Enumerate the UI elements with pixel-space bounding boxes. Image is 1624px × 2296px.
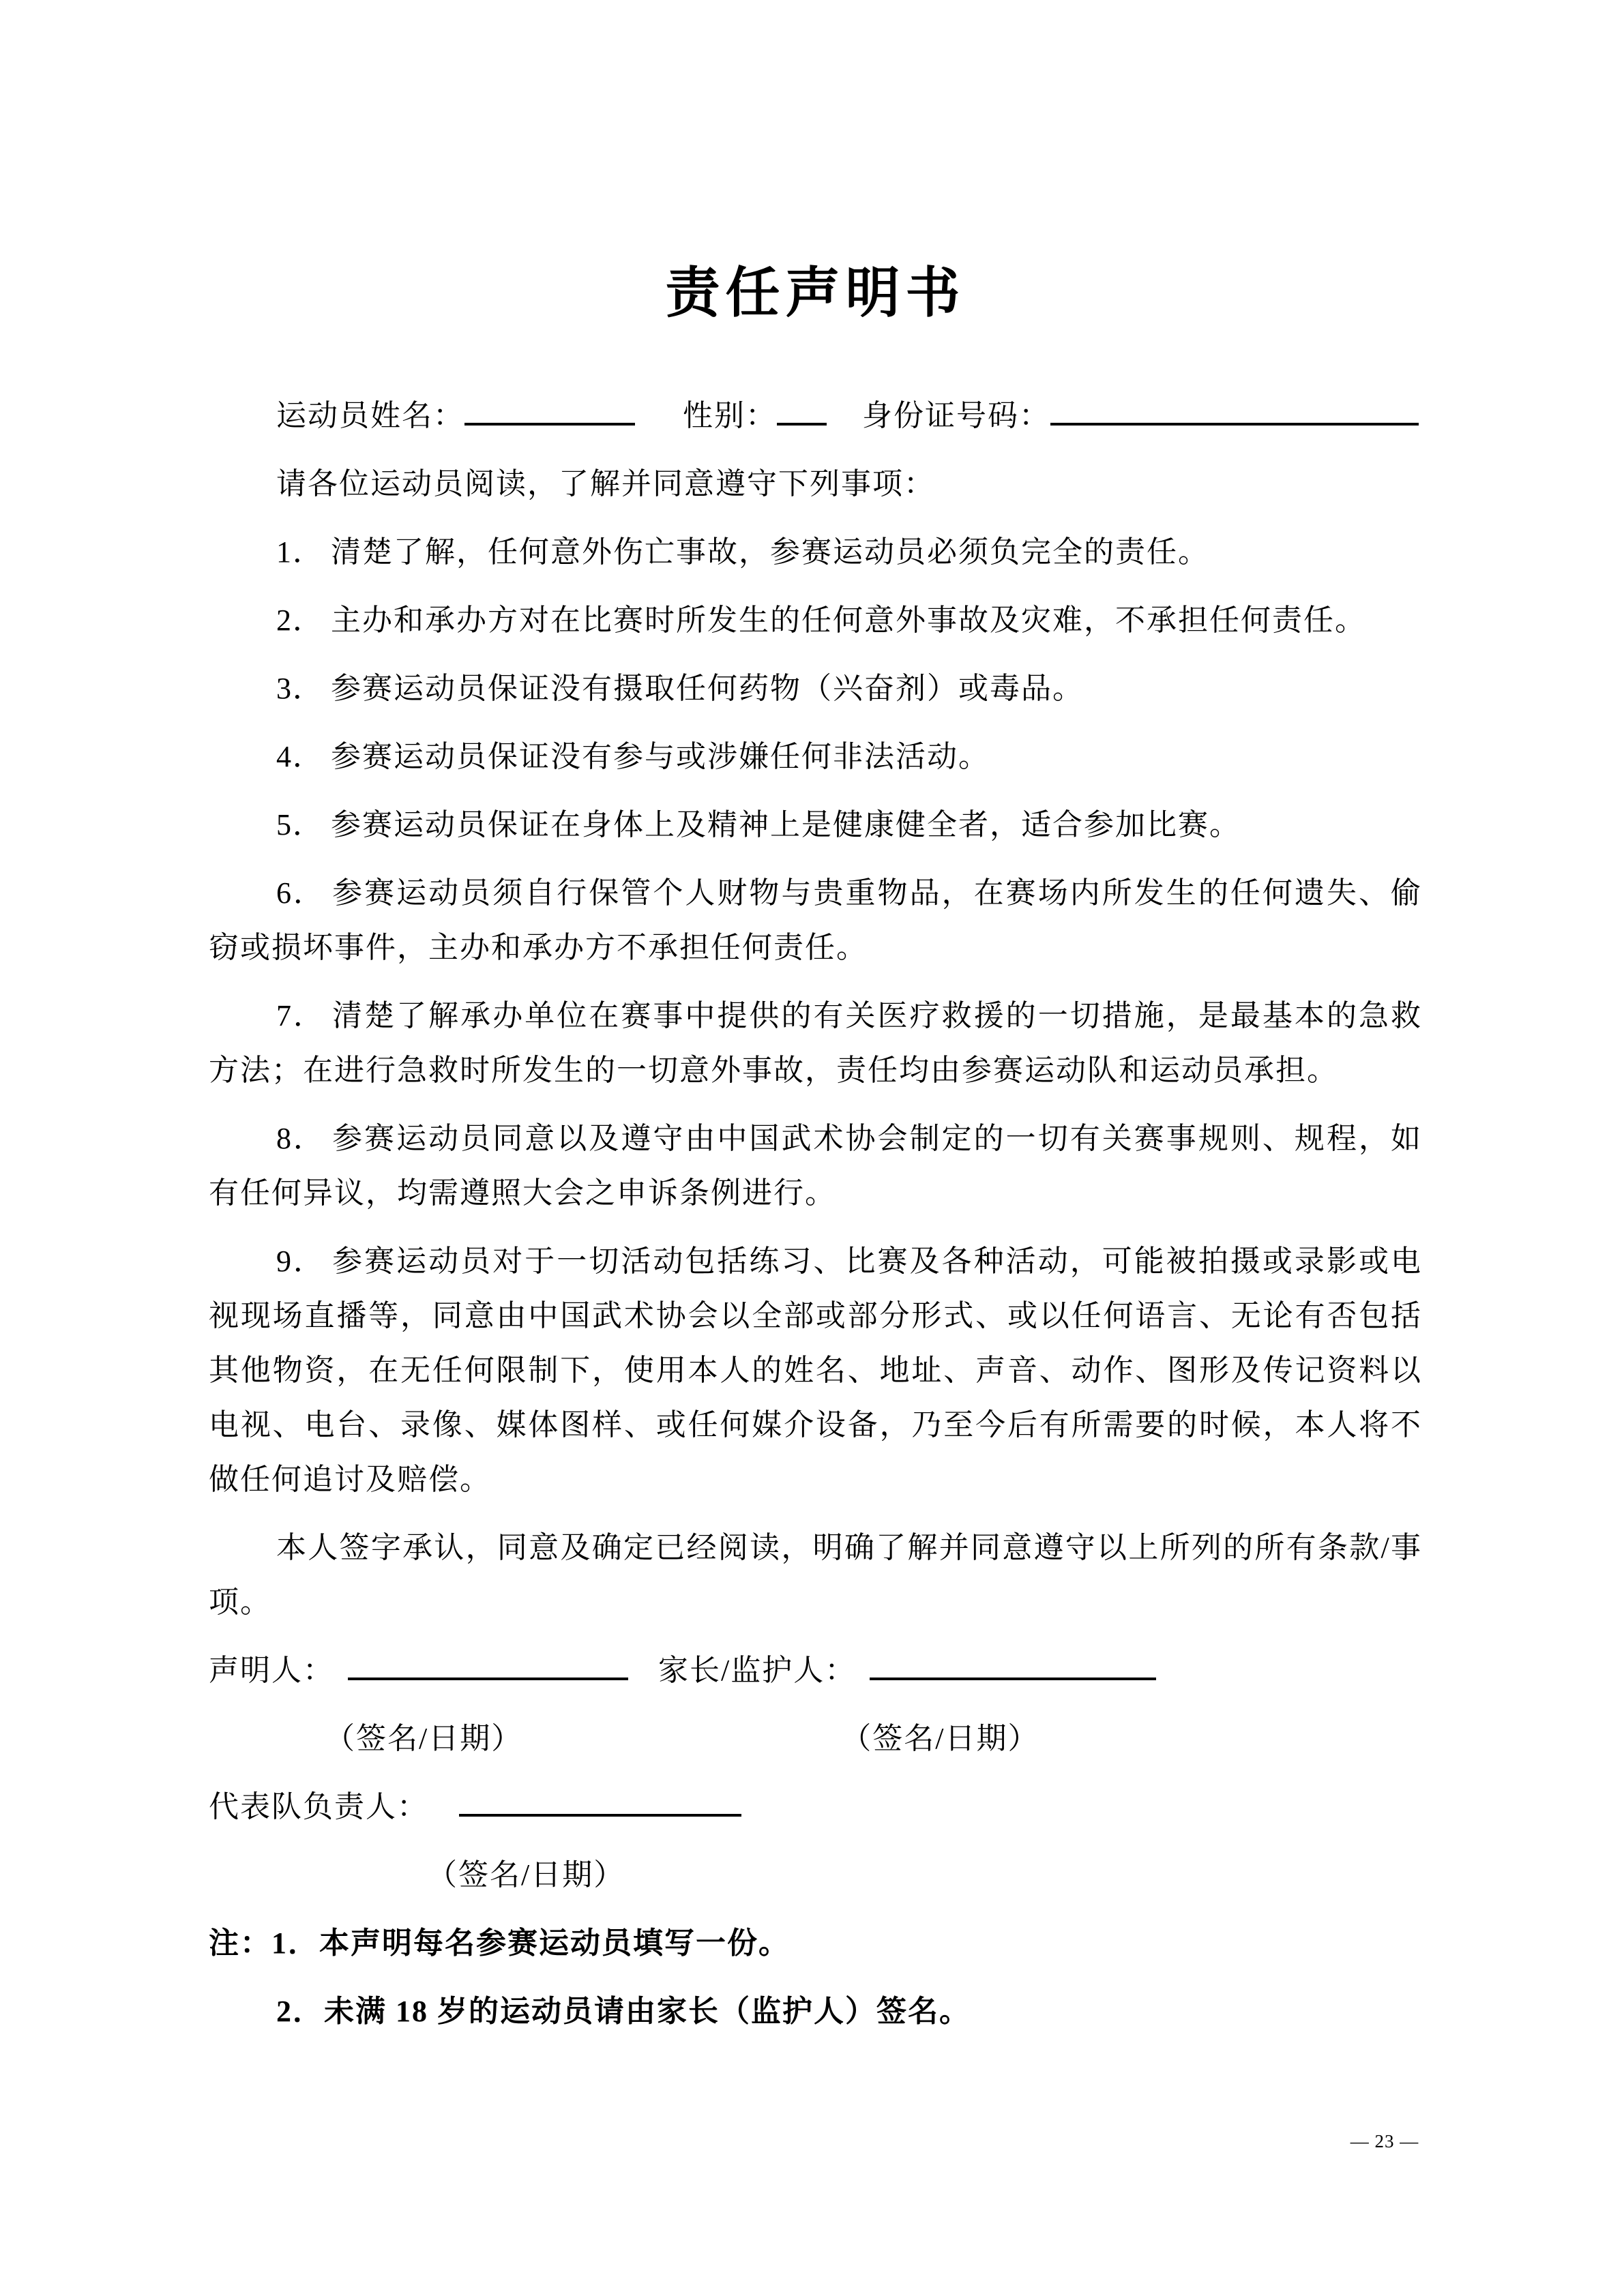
document-content: 责任声明书 运动员姓名：性别：身份证号码： 请各位运动员阅读，了解并同意遵守下列… <box>0 266 1624 2039</box>
item-number: 6． <box>276 876 325 910</box>
note-line-2: 2．未满 18 岁的运动员请由家长（监护人）签名。 <box>209 1984 1422 2039</box>
gender-field[interactable] <box>777 393 827 426</box>
page-title: 责任声明书 <box>209 266 1422 320</box>
list-item-4: 4．参赛运动员保证没有参与或涉嫌任何非法活动。 <box>209 730 1422 784</box>
list-item-2: 2．主办和承办方对在比赛时所发生的任何意外事故及灾难，不承担任何责任。 <box>209 593 1422 648</box>
list-item-5: 5．参赛运动员保证在身体上及精神上是健康健全者，适合参加比赛。 <box>209 798 1422 852</box>
team-leader-sign-date-hint: （签名/日期） <box>427 1858 625 1892</box>
guardian-label: 家长/监护人： <box>658 1654 856 1687</box>
item-text: 参赛运动员保证在身体上及精神上是健康健全者，适合参加比赛。 <box>331 808 1241 841</box>
athlete-name-field[interactable] <box>464 393 635 426</box>
sign-date-hint-row: （签名/日期）（签名/日期） <box>209 1712 1422 1766</box>
page-number: — 23 — <box>1330 2130 1439 2152</box>
document-page: 责任声明书 运动员姓名：性别：身份证号码： 请各位运动员阅读，了解并同意遵守下列… <box>0 0 1624 2296</box>
note-text-1: 1．本声明每名参赛运动员填写一份。 <box>271 1926 790 1960</box>
declarant-signature-field[interactable] <box>348 1648 628 1680</box>
team-leader-label: 代表队负责人： <box>209 1790 428 1823</box>
list-item-1: 1．清楚了解，任何意外伤亡事故，参赛运动员必须负完全的责任。 <box>209 525 1422 580</box>
guardian-signature-field[interactable] <box>870 1648 1156 1680</box>
list-item-7: 7．清楚了解承办单位在赛事中提供的有关医疗救援的一切措施，是最基本的急救方法；在… <box>209 989 1422 1098</box>
item-number: 1． <box>276 535 324 569</box>
list-item-8: 8．参赛运动员同意以及遵守由中国武术协会制定的一切有关赛事规则、规程，如有任何异… <box>209 1112 1422 1221</box>
item-text: 参赛运动员保证没有参与或涉嫌任何非法活动。 <box>331 740 990 773</box>
declarant-label: 声明人： <box>209 1654 334 1687</box>
item-text: 清楚了解，任何意外伤亡事故，参赛运动员必须负完全的责任。 <box>331 535 1209 569</box>
closing-paragraph: 本人签字承认，同意及确定已经阅读，明确了解并同意遵守以上所列的所有条款/事项。 <box>209 1521 1422 1630</box>
item-number: 5． <box>276 808 324 841</box>
item-number: 2． <box>276 603 324 637</box>
id-number-field[interactable] <box>1050 393 1419 426</box>
list-item-6: 6．参赛运动员须自行保管个人财物与贵重物品，在赛场内所发生的任何遗失、偷窃或损坏… <box>209 866 1422 975</box>
athlete-info-line: 运动员姓名：性别：身份证号码： <box>209 389 1422 443</box>
team-leader-signature-field[interactable] <box>459 1784 741 1817</box>
id-number-label: 身份证号码： <box>862 399 1050 432</box>
item-number: 3． <box>276 672 324 705</box>
team-leader-signature-row: 代表队负责人： <box>209 1780 1422 1834</box>
item-text: 参赛运动员同意以及遵守由中国武术协会制定的一切有关赛事规则、规程，如有任何异议，… <box>209 1122 1422 1210</box>
item-number: 4． <box>276 740 324 773</box>
item-number: 8． <box>276 1122 325 1155</box>
declarant-signature-row: 声明人：家长/监护人： <box>209 1643 1422 1698</box>
item-text: 主办和承办方对在比赛时所发生的任何意外事故及灾难，不承担任何责任。 <box>331 603 1366 637</box>
item-text: 参赛运动员须自行保管个人财物与贵重物品，在赛场内所发生的任何遗失、偷窃或损坏事件… <box>209 876 1422 964</box>
item-number: 9． <box>276 1244 325 1278</box>
note-line-1: 注：1．本声明每名参赛运动员填写一份。 <box>209 1916 1422 1971</box>
intro-paragraph: 请各位运动员阅读，了解并同意遵守下列事项： <box>209 457 1422 511</box>
item-text: 清楚了解承办单位在赛事中提供的有关医疗救援的一切措施，是最基本的急救方法；在进行… <box>209 999 1422 1087</box>
declarant-sign-date-hint: （签名/日期） <box>325 1722 522 1755</box>
gender-label: 性别： <box>683 399 777 432</box>
athlete-name-label: 运动员姓名： <box>276 399 464 432</box>
team-leader-hint-row: （签名/日期） <box>209 1848 1422 1903</box>
guardian-sign-date-hint: （签名/日期） <box>856 1722 1039 1755</box>
item-number: 7． <box>276 999 325 1032</box>
item-text: 参赛运动员保证没有摄取任何药物（兴奋剂）或毒品。 <box>331 672 1084 705</box>
note-prefix: 注： <box>209 1926 271 1960</box>
list-item-3: 3．参赛运动员保证没有摄取任何药物（兴奋剂）或毒品。 <box>209 661 1422 716</box>
item-text: 参赛运动员对于一切活动包括练习、比赛及各种活动，可能被拍摄或录影或电视现场直播等… <box>209 1244 1422 1496</box>
list-item-9: 9．参赛运动员对于一切活动包括练习、比赛及各种活动，可能被拍摄或录影或电视现场直… <box>209 1234 1422 1507</box>
